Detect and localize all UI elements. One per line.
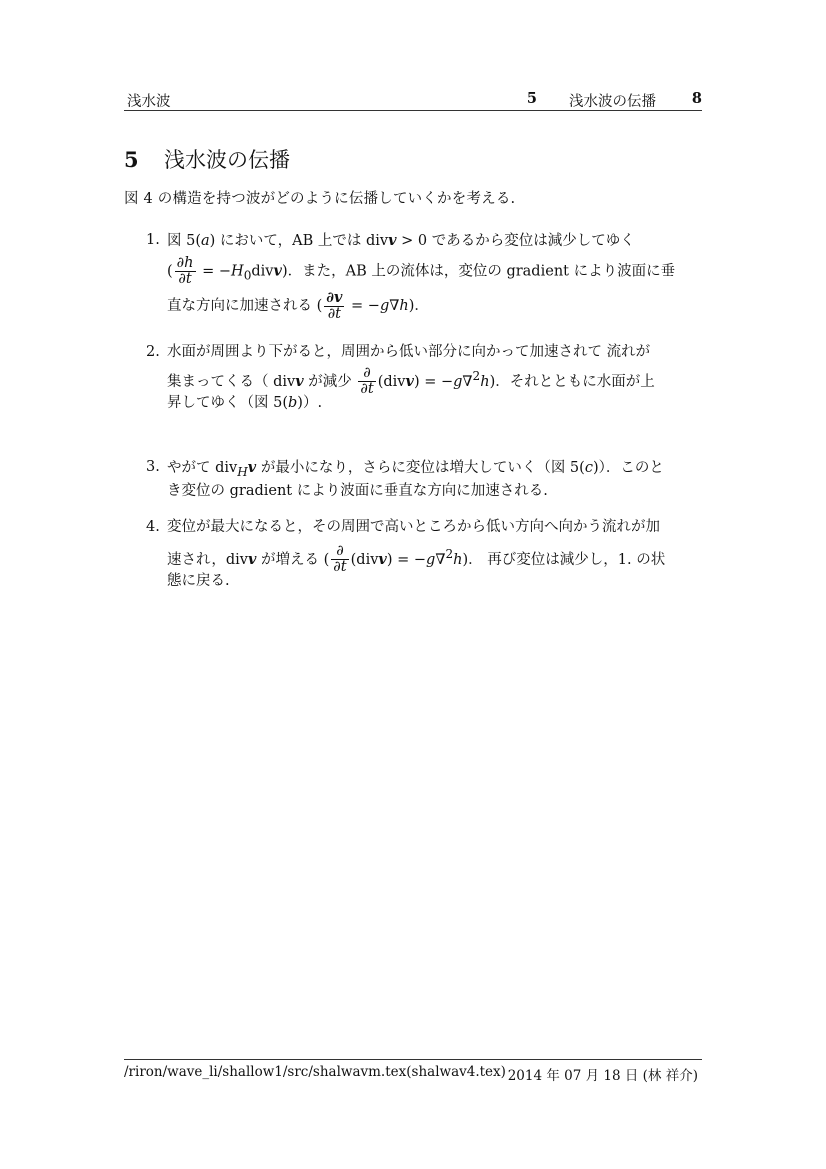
list-item: 1. 図 5(a) において，AB 上では divv > 0 であるから変位は減… (124, 228, 702, 323)
document-page: 浅水波 5 浅水波の伝播 8 5浅水波の伝播 図 4 の構造を持つ波がどのように… (0, 0, 826, 1169)
list-item: 4. 変位が最大になると，その周囲で高いところから低い方向へ向かう流れが加 速さ… (124, 515, 702, 595)
item-line: き変位の gradient により波面に垂直な方向に加速される. (167, 479, 548, 504)
section-title: 浅水波の伝播 (164, 148, 290, 172)
list-item: 2. 水面が周囲より下がると，周囲から低い部分に向かって加速されて 流れが 集ま… (124, 340, 702, 415)
header-title: 浅水波 (127, 90, 171, 111)
running-header: 浅水波 5 浅水波の伝播 8 (124, 90, 702, 110)
item-line: 直な方向に加速される (∂v∂t = −g∇h)． (167, 290, 429, 322)
item-line: (∂h∂t = −H0divv)．また，AB 上の流体は，変位の gradien… (167, 256, 675, 288)
footer-date-author: 2014 年 07 月 18 日 (林 祥介) (508, 1064, 698, 1084)
item-label: 2. (146, 340, 160, 365)
item-label: 4. (146, 515, 160, 540)
footer-rule (124, 1059, 702, 1060)
header-section-number: 5 (527, 90, 537, 107)
item-label: 1. (146, 228, 160, 253)
intro-paragraph: 図 4 の構造を持つ波がどのように伝播していくかを考える. (124, 187, 515, 208)
item-line: 図 5(a) において，AB 上では divv > 0 であるから変位は減少して… (167, 228, 635, 254)
header-section-title: 浅水波の伝播 (569, 90, 656, 111)
item-line: 速され，divv が増える (∂∂t(divv) = −g∇2h)． 再び変位は… (167, 542, 665, 575)
section-heading: 5浅水波の伝播 (124, 144, 290, 174)
item-label: 3. (146, 455, 160, 480)
header-rule (124, 110, 702, 111)
item-line: 昇してゆく（図 5(b)）. (167, 391, 322, 416)
list-item: 3. やがて divHv が最小になり，さらに変位は増大していく（図 5(c)）… (124, 455, 702, 505)
page-number: 8 (692, 90, 702, 107)
item-line: 変位が最大になると，その周囲で高いところから低い方向へ向かう流れが加 (167, 515, 660, 540)
source-file-path: /riron/wave_li/shallow1/src/shalwavm.tex… (124, 1064, 506, 1080)
item-line: 態に戻る. (167, 569, 230, 594)
item-line: 水面が周囲より下がると，周囲から低い部分に向かって加速されて 流れが (167, 340, 650, 365)
section-number: 5 (124, 147, 164, 172)
